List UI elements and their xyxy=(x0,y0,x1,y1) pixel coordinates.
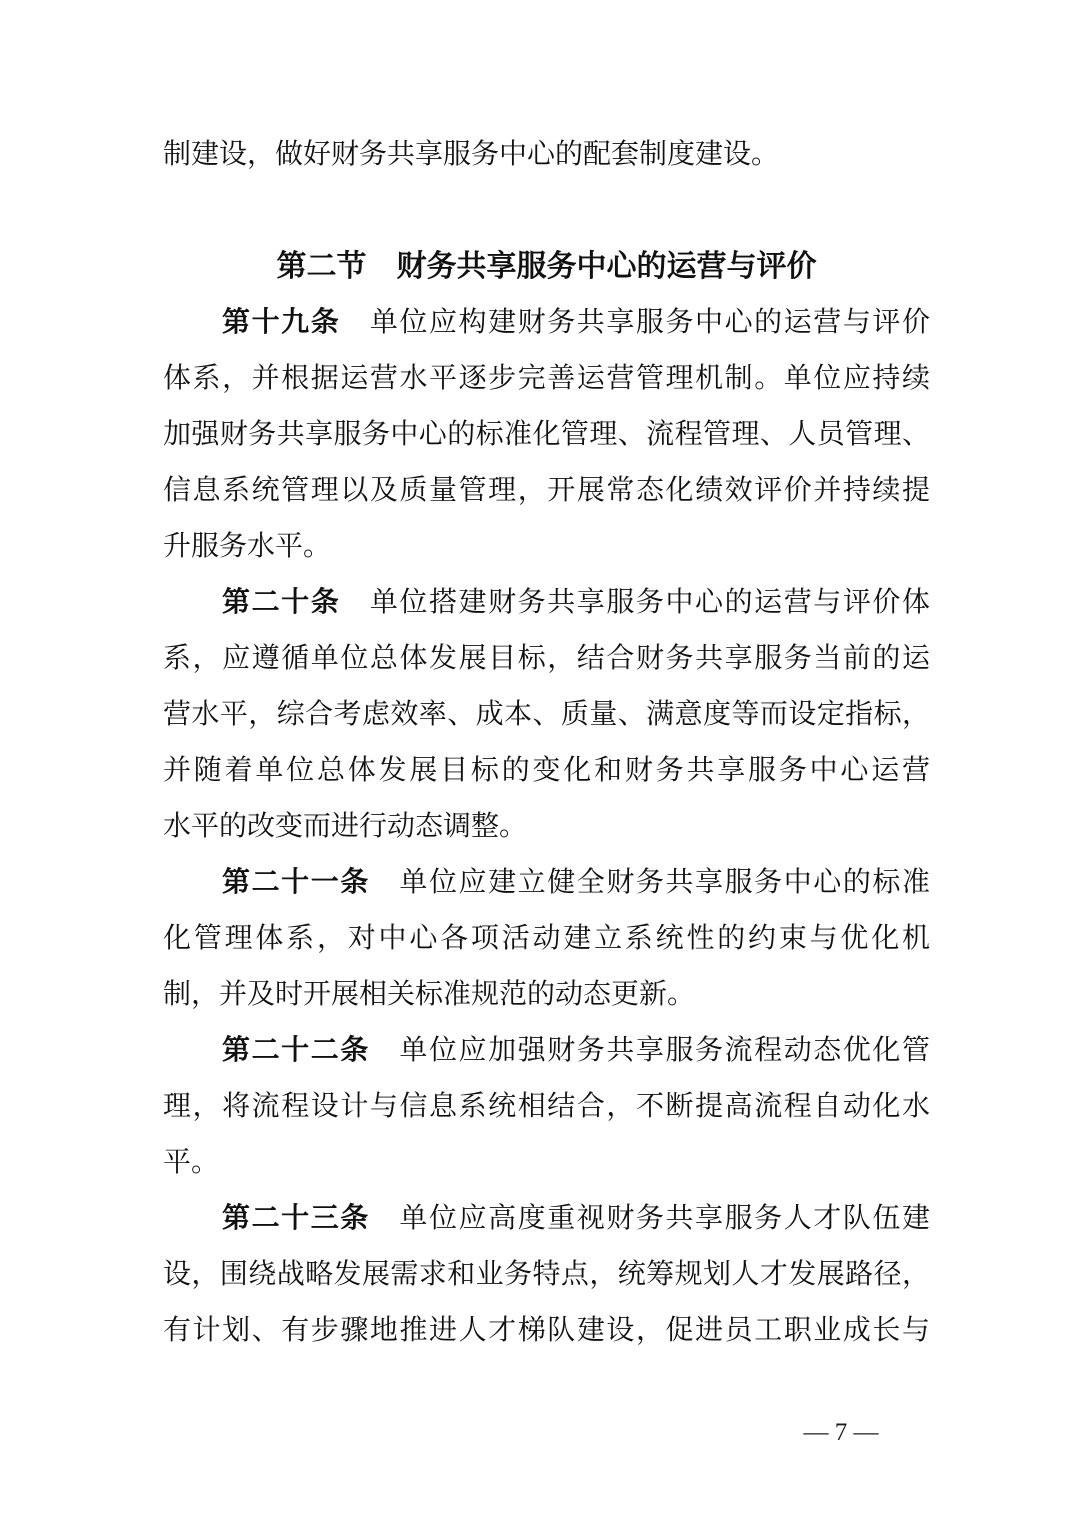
article: 第二十一条 单位应建立健全财务共享服务中心的标准化管理体系，对中心各项活动建立系… xyxy=(163,855,930,1023)
article-lead: 第二十一条 xyxy=(222,867,370,898)
text-line: 并随着单位总体发展目标的变化和财务共享服务中心运营 xyxy=(163,743,930,799)
text-line: 平。 xyxy=(163,1135,930,1191)
article: 第十九条 单位应构建财务共享服务中心的运营与评价体系，并根据运营水平逐步完善运营… xyxy=(163,295,930,575)
page-content: 制建设，做好财务共享服务中心的配套制度建设。第二节 财务共享服务中心的运营与评价… xyxy=(163,127,930,1359)
text-line: 第十九条 单位应构建财务共享服务中心的运营与评价 xyxy=(163,295,930,351)
document-page: 制建设，做好财务共享服务中心的配套制度建设。第二节 财务共享服务中心的运营与评价… xyxy=(0,0,1080,1527)
article-lead: 第二十二条 xyxy=(222,1035,370,1066)
carryover-paragraph: 制建设，做好财务共享服务中心的配套制度建设。 xyxy=(163,127,930,183)
text-line: 营水平，综合考虑效率、成本、质量、满意度等而设定指标， xyxy=(163,687,930,743)
article-lead: 第二十条 xyxy=(222,587,340,618)
text-line: 信息系统管理以及质量管理，开展常态化绩效评价并持续提 xyxy=(163,463,930,519)
page-number: — 7 — xyxy=(804,1419,879,1446)
article: 第二十三条 单位应高度重视财务共享服务人才队伍建设，围绕战略发展需求和业务特点，… xyxy=(163,1191,930,1359)
text-line: 体系，并根据运营水平逐步完善运营管理机制。单位应持续 xyxy=(163,351,930,407)
text-line: 理，将流程设计与信息系统相结合，不断提高流程自动化水 xyxy=(163,1079,930,1135)
text-line: 加强财务共享服务中心的标准化管理、流程管理、人员管理、 xyxy=(163,407,930,463)
blank-line xyxy=(163,183,930,239)
text-line: 第二十一条 单位应建立健全财务共享服务中心的标准 xyxy=(163,855,930,911)
text-line: 制，并及时开展相关标准规范的动态更新。 xyxy=(163,967,930,1023)
text-line: 第二十二条 单位应加强财务共享服务流程动态优化管 xyxy=(163,1023,930,1079)
text-line: 有计划、有步骤地推进人才梯队建设，促进员工职业成长与 xyxy=(163,1303,930,1359)
text-line: 设，围绕战略发展需求和业务特点，统筹规划人才发展路径， xyxy=(163,1247,930,1303)
section-heading: 第二节 财务共享服务中心的运营与评价 xyxy=(163,239,930,295)
text-line: 水平的改变而进行动态调整。 xyxy=(163,799,930,855)
text-line: 制建设，做好财务共享服务中心的配套制度建设。 xyxy=(163,127,930,183)
text-line: 第二十条 单位搭建财务共享服务中心的运营与评价体 xyxy=(163,575,930,631)
text-line: 第二十三条 单位应高度重视财务共享服务人才队伍建 xyxy=(163,1191,930,1247)
article-lead: 第十九条 xyxy=(222,307,340,338)
article: 第二十条 单位搭建财务共享服务中心的运营与评价体系，应遵循单位总体发展目标，结合… xyxy=(163,575,930,855)
article-lead: 第二十三条 xyxy=(222,1203,370,1234)
article: 第二十二条 单位应加强财务共享服务流程动态优化管理，将流程设计与信息系统相结合，… xyxy=(163,1023,930,1191)
text-line: 升服务水平。 xyxy=(163,519,930,575)
text-line: 化管理体系，对中心各项活动建立系统性的约束与优化机 xyxy=(163,911,930,967)
text-line: 系，应遵循单位总体发展目标，结合财务共享服务当前的运 xyxy=(163,631,930,687)
page-footer: — 7 — xyxy=(700,1412,982,1454)
